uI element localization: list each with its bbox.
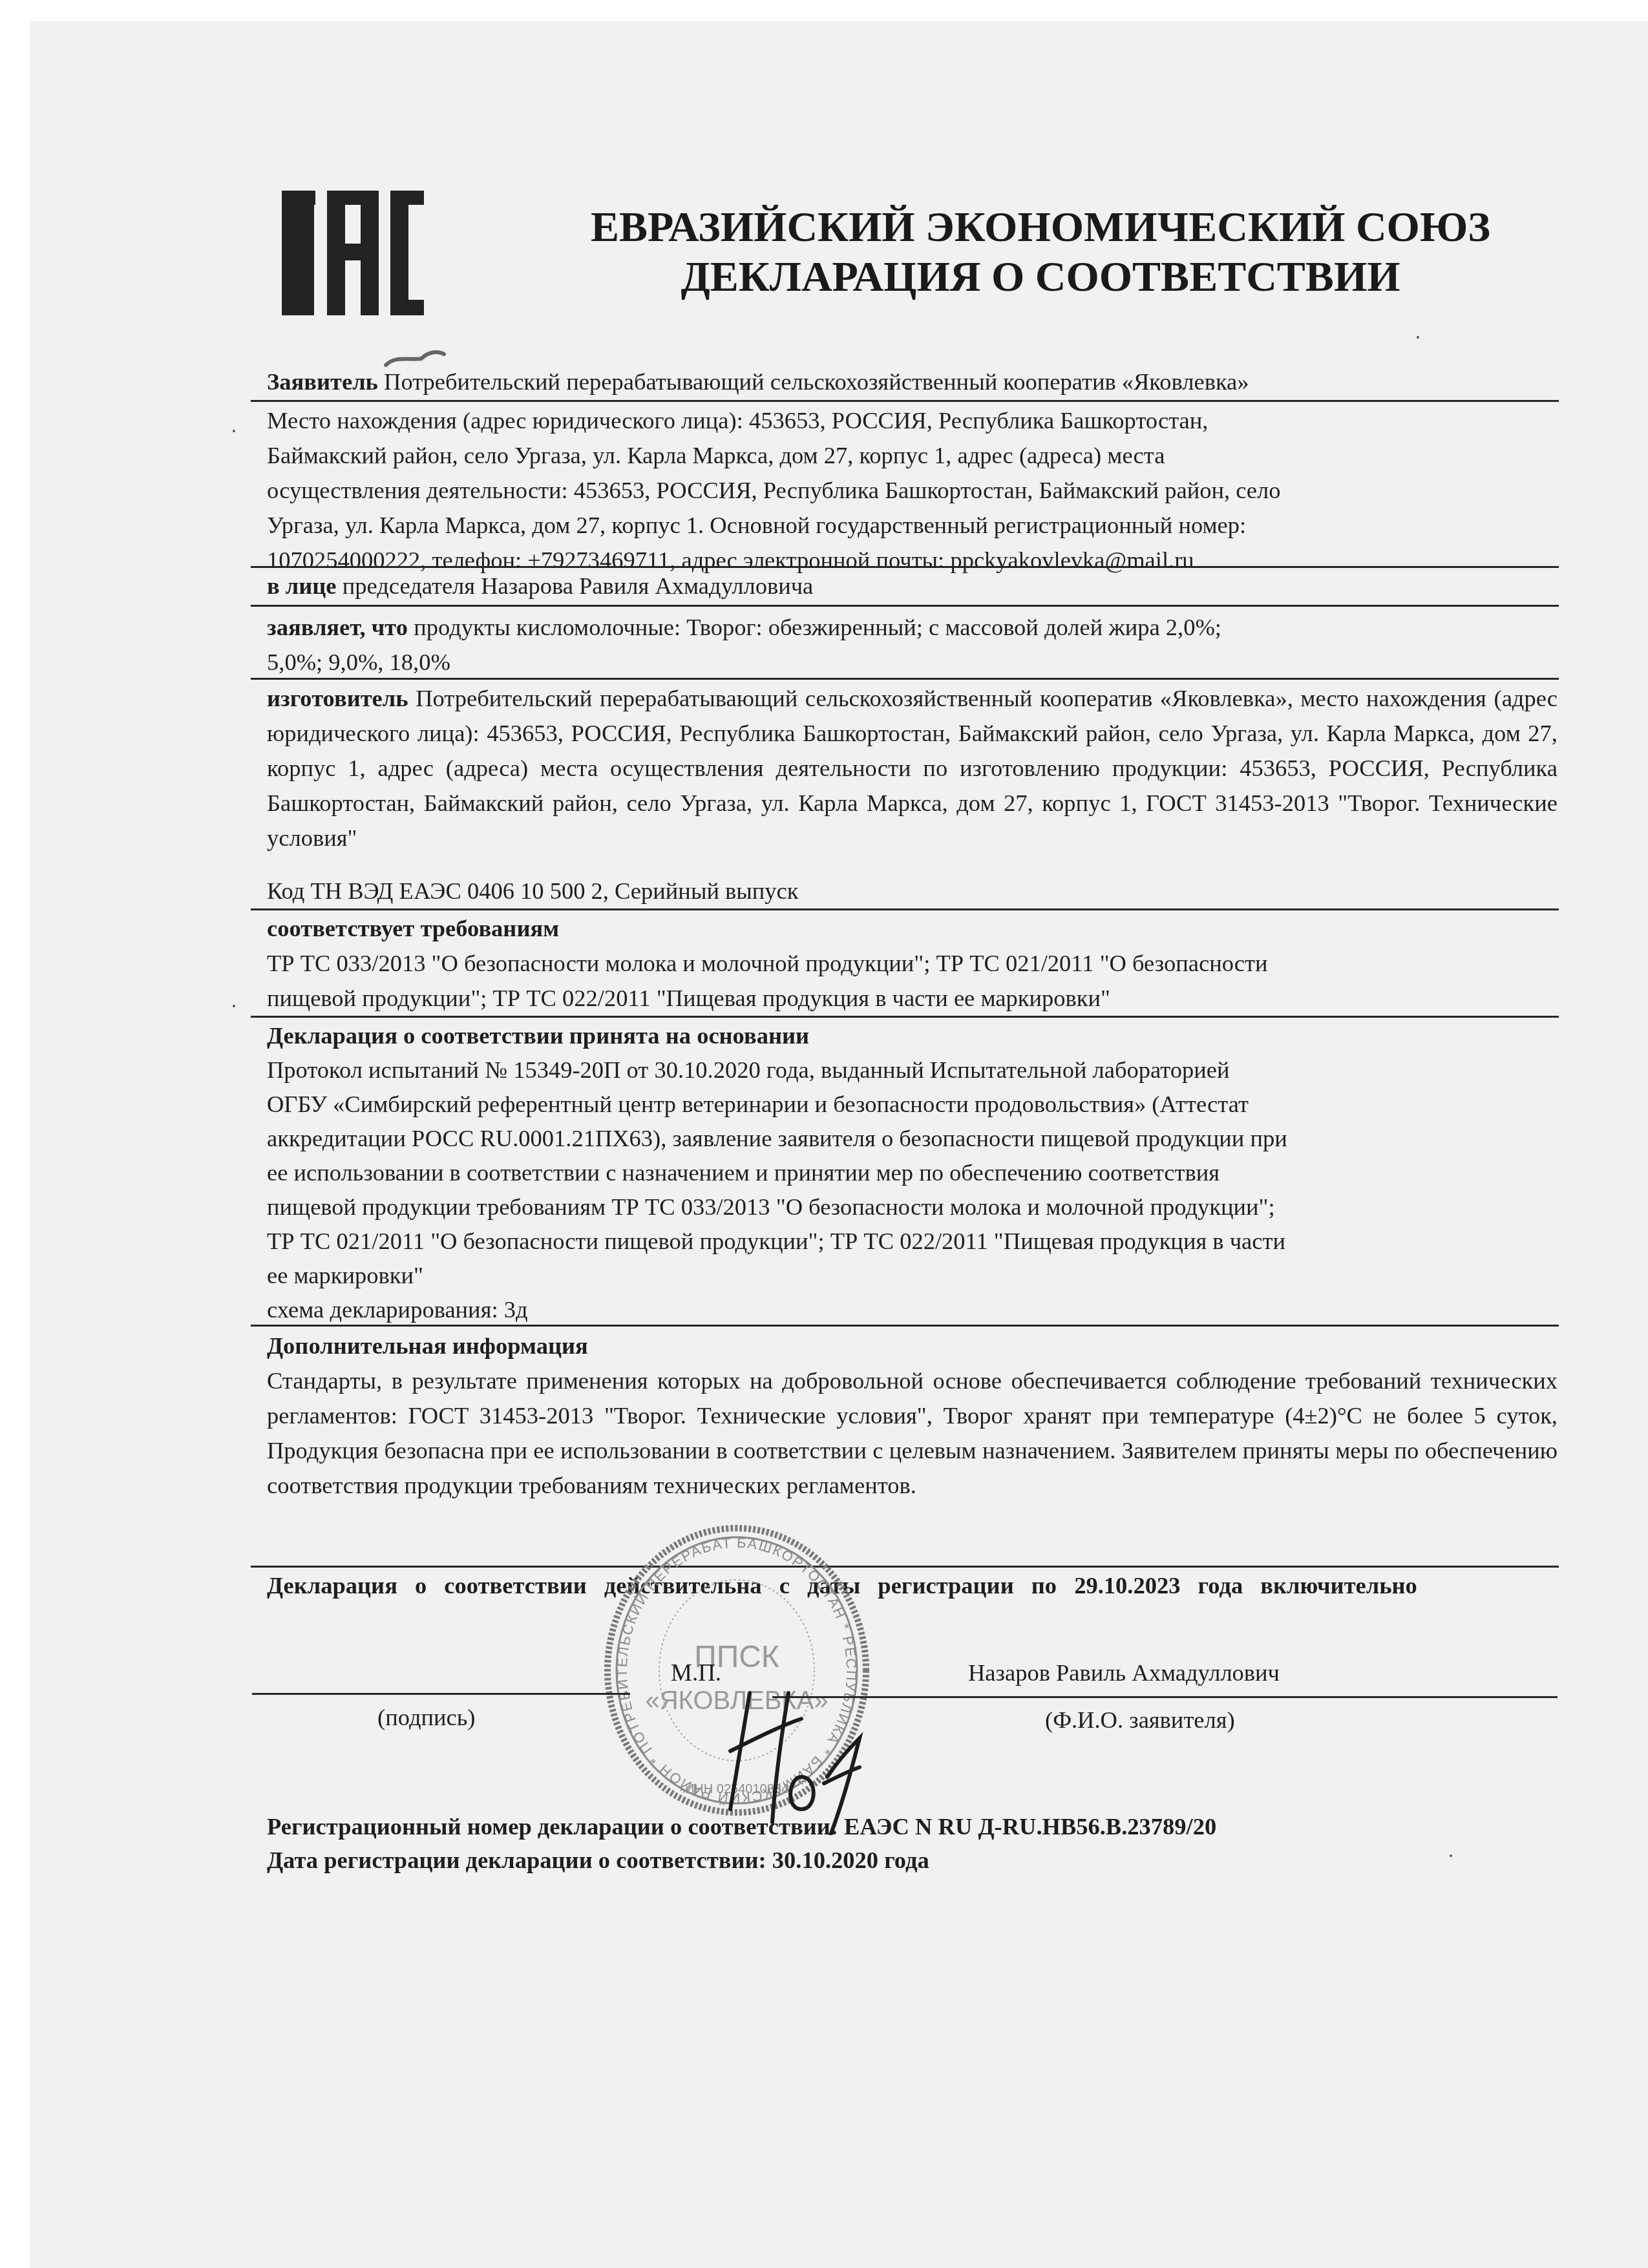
- divider: [251, 566, 1559, 568]
- conforms-line: ТР ТС 033/2013 "О безопасности молока и …: [267, 946, 1558, 981]
- basis-line: аккредитации РОСС RU.0001.21ПХ63), заявл…: [267, 1121, 1558, 1155]
- basis-line: ОГБУ «Симбирский референтный центр ветер…: [267, 1087, 1558, 1121]
- basis-line: ее использовании в соответствии с назнач…: [267, 1155, 1558, 1190]
- represented-by-row: в лице председателя Назарова Равиля Ахма…: [267, 569, 1558, 604]
- registration-date-row: Дата регистрации декларации о соответств…: [267, 1843, 1558, 1878]
- manufacturer-label: изготовитель: [267, 685, 408, 711]
- basis-label: Декларация о соответствии принята на осн…: [267, 1018, 1558, 1053]
- declares-value: продукты кисломолочные: Творог: обезжире…: [408, 614, 1221, 640]
- basis-block: Декларация о соответствии принята на осн…: [267, 1018, 1558, 1327]
- registration-number: ЕАЭС N RU Д-RU.НВ56.В.23789/20: [844, 1813, 1216, 1840]
- manufacturer-block: изготовитель Потребительский перерабатыв…: [267, 681, 1558, 856]
- address-line: Место нахождения (адрес юридического лиц…: [267, 403, 1558, 438]
- applicant-address: Место нахождения (адрес юридического лиц…: [267, 403, 1558, 578]
- represented-by-value: председателя Назарова Равиля Ахмадуллови…: [337, 572, 814, 599]
- signature-line: [252, 1693, 630, 1695]
- declares-value-line2: 5,0%; 9,0%, 18,0%: [267, 645, 1558, 680]
- manufacturer-value: Потребительский перерабатывающий сельско…: [267, 685, 1558, 851]
- conforms-label: соответствует требованиям: [267, 911, 1558, 946]
- divider: [251, 678, 1559, 680]
- additional-info-label: Дополнительная информация: [267, 1328, 1558, 1363]
- scan-speck: [233, 1005, 235, 1007]
- conforms-block: соответствует требованиям ТР ТС 033/2013…: [267, 911, 1558, 1016]
- basis-line: ТР ТС 021/2011 "О безопасности пищевой п…: [267, 1224, 1558, 1258]
- applicant-row: Заявитель Потребительский перерабатывающ…: [267, 364, 1558, 399]
- divider: [251, 908, 1559, 910]
- basis-line: Протокол испытаний № 15349-20П от 30.10.…: [267, 1053, 1558, 1087]
- applicant-full-name: Назаров Равиль Ахмадуллович: [968, 1659, 1280, 1686]
- divider: [251, 1325, 1559, 1327]
- registration-number-label: Регистрационный номер декларации о соотв…: [267, 1813, 844, 1840]
- document-title: ДЕКЛАРАЦИЯ О СООТВЕТСТВИИ: [452, 252, 1629, 302]
- divider: [251, 605, 1559, 607]
- registration-date: 30.10.2020 года: [772, 1847, 929, 1873]
- name-line: [772, 1696, 1558, 1698]
- conforms-line: пищевой продукции"; ТР ТС 022/2011 "Пище…: [267, 981, 1558, 1016]
- represented-by-label: в лице: [267, 572, 337, 599]
- registration-date-label: Дата регистрации декларации о соответств…: [267, 1847, 772, 1873]
- signature-caption: (подпись): [377, 1703, 476, 1731]
- address-line: Ургаза, ул. Карла Маркса, дом 27, корпус…: [267, 508, 1558, 543]
- declares-label: заявляет, что: [267, 614, 408, 640]
- registration-number-row: Регистрационный номер декларации о соотв…: [267, 1809, 1624, 1844]
- declares-row: заявляет, что продукты кисломолочные: Тв…: [267, 610, 1558, 680]
- applicant-label: Заявитель: [267, 368, 378, 395]
- basis-line: пищевой продукции требованиям ТР ТС 033/…: [267, 1190, 1558, 1224]
- product-code: Код ТН ВЭД ЕАЭС 0406 10 500 2, Серийный …: [267, 874, 1558, 908]
- address-line: осуществления деятельности: 453653, РОСС…: [267, 473, 1558, 508]
- divider: [251, 1016, 1559, 1018]
- applicant-name: Потребительский перерабатывающий сельско…: [378, 368, 1249, 395]
- eac-logo-icon: [282, 191, 424, 315]
- scan-speck: [1450, 1854, 1452, 1857]
- divider: [251, 400, 1559, 402]
- scan-speck: [1417, 336, 1419, 339]
- address-line: Баймакский район, село Ургаза, ул. Карла…: [267, 438, 1558, 473]
- basis-line: ее маркировки": [267, 1258, 1558, 1292]
- additional-info-block: Дополнительная информация Стандарты, в р…: [267, 1328, 1558, 1503]
- declaration-scheme: схема декларирования: 3д: [267, 1292, 1558, 1327]
- name-caption: (Ф.И.О. заявителя): [1045, 1706, 1235, 1734]
- scan-speck: [233, 430, 235, 432]
- divider: [251, 1566, 1559, 1568]
- validity-text: Декларация о соответствии действительна …: [267, 1568, 1558, 1603]
- additional-info-text: Стандарты, в результате применения котор…: [267, 1363, 1558, 1503]
- union-title: ЕВРАЗИЙСКИЙ ЭКОНОМИЧЕСКИЙ СОЮЗ: [452, 202, 1629, 253]
